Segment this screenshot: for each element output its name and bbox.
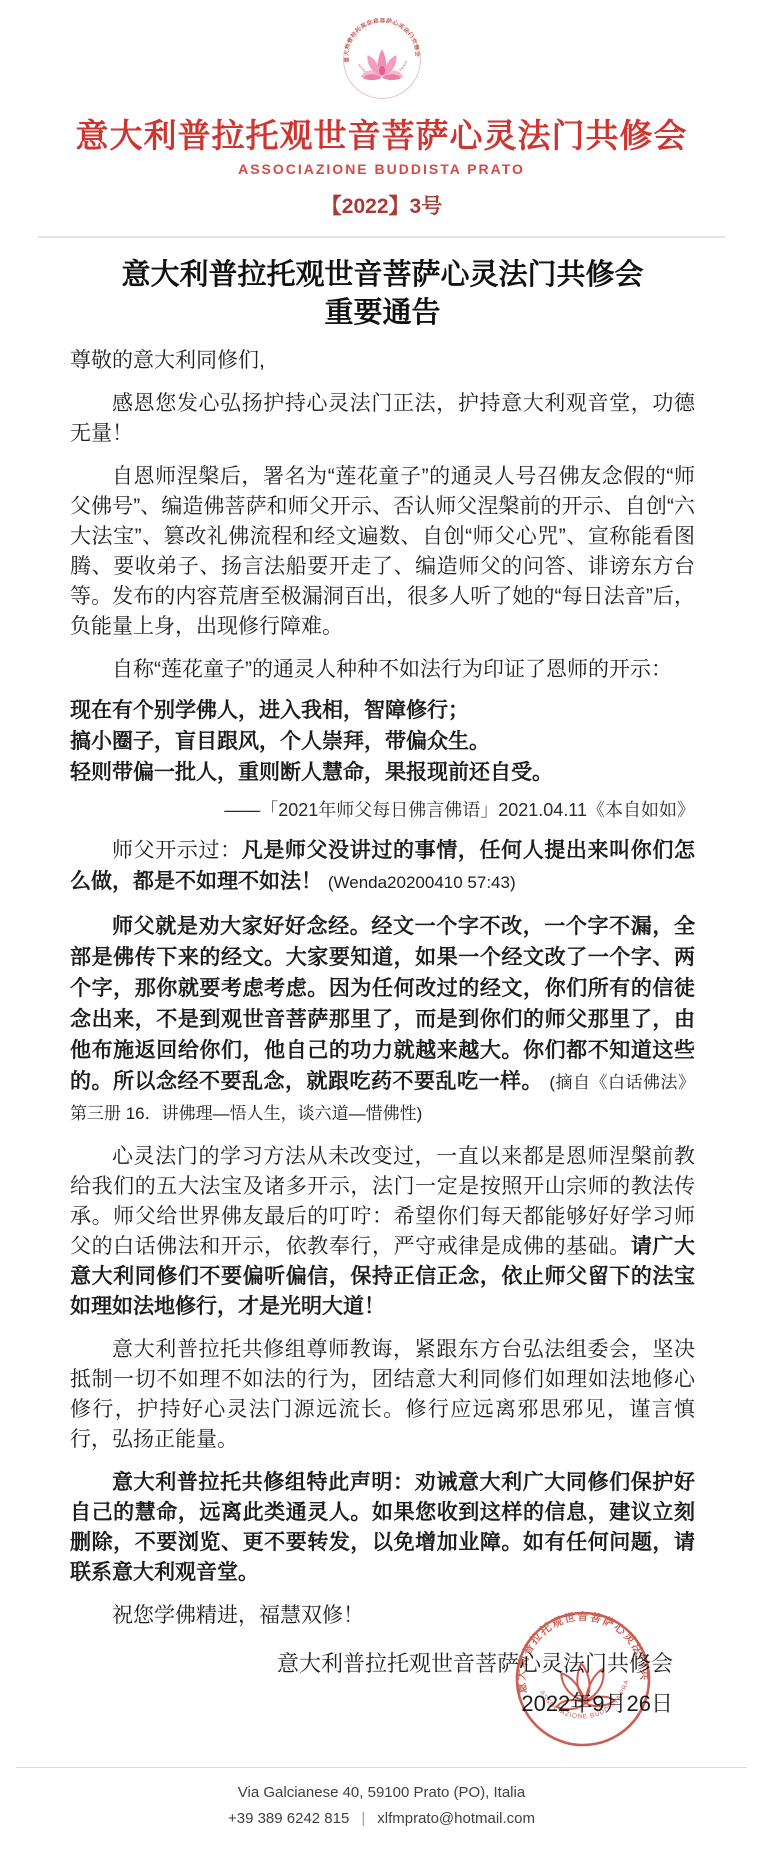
notice-title-line2: 重要通告 [324, 297, 440, 329]
quote-line: 搞小圈子，盲目跟风，个人崇拜，带偏众生。 [70, 726, 695, 757]
notice-title: 意大利普拉托观世音菩萨心灵法门共修会 重要通告 [70, 256, 695, 332]
paragraph-thanks: 感恩您发心弘扬护持心灵法门正法，护持意大利观音堂，功德无量！ [70, 389, 695, 449]
signature-org: 意大利普拉托观世音菩萨心灵法门共修会 [70, 1647, 673, 1681]
recite-bold: 师父就是劝大家好好念经。经文一个字不改，一个字不漏，全部是佛传下来的经文。大家要… [70, 914, 695, 1093]
salutation: 尊敬的意大利同修们, [70, 346, 695, 376]
quote-line: 现在有个别学佛人，进入我相，智障修行； [70, 695, 695, 726]
letterhead: 意大利普拉托观世音菩萨心灵法门共修会 ASSOCIAZIONE BUDDISTA… [0, 0, 763, 220]
association-logo: 意大利普拉托观世音菩萨心灵法门共修会 ASSOCIAZIONE BUDDISTA… [0, 18, 763, 102]
footer-separator: | [361, 1810, 365, 1827]
paragraph-teaching: 师父开示过：凡是师父没讲过的事情，任何人提出来叫你们怎么做，都是不如理不如法！ … [70, 835, 695, 898]
contact-footer: Via Galcianese 40, 59100 Prato (PO), Ita… [16, 1767, 747, 1853]
paragraph-recite: 师父就是劝大家好好念经。经文一个字不改，一个字不漏，全部是佛传下来的经文。大家要… [70, 911, 695, 1129]
teaching-reference: (Wenda20200410 57:43) [328, 873, 516, 892]
quote-attribution: ——「2021年师父每日佛言佛语」2021.04.11《本自如如》 [70, 796, 695, 822]
footer-phone: +39 389 6242 815 [228, 1810, 349, 1827]
notice-body: 意大利普拉托观世音菩萨心灵法门共修会 重要通告 尊敬的意大利同修们, 感恩您发心… [0, 238, 763, 1721]
paragraph-background: 自恩师涅槃后，署名为“莲花童子”的通灵人号召佛友念假的“师父佛号”、编造佛菩萨和… [70, 462, 695, 642]
paragraph-method: 心灵法门的学习方法从未改变过，一直以来都是恩师涅槃前教给我们的五大法宝及诸多开示… [70, 1142, 695, 1322]
signature-block: 意大利普拉托观世音菩萨心灵法门共修会 2022年9月26日 意大利普拉托观世音菩… [70, 1647, 695, 1721]
footer-contacts: +39 389 6242 815|xlfmprato@hotmail.com [16, 1810, 747, 1827]
signature-date: 2022年9月26日 [70, 1687, 673, 1721]
paragraph-quote-intro: 自称“莲花童子”的通灵人种种不如法行为印证了恩师的开示： [70, 655, 695, 685]
org-name-chinese: 意大利普拉托观世音菩萨心灵法门共修会 [0, 110, 763, 157]
document-number: 【2022】3号 [0, 190, 763, 220]
quote-line: 轻则带偏一批人，重则断人慧命，果报现前还自受。 [70, 757, 695, 788]
lotus-logo-icon: 意大利普拉托观世音菩萨心灵法门共修会 ASSOCIAZIONE BUDDISTA… [340, 18, 424, 102]
master-quote-block: 现在有个别学佛人，进入我相，智障修行； 搞小圈子，盲目跟风，个人崇拜，带偏众生。… [70, 695, 695, 822]
paragraph-wish: 祝您学佛精进，福慧双修！ [70, 1601, 695, 1631]
notice-title-line1: 意大利普拉托观世音菩萨心灵法门共修会 [121, 259, 643, 291]
footer-address: Via Galcianese 40, 59100 Prato (PO), Ita… [16, 1784, 747, 1801]
paragraph-declaration: 意大利普拉托共修组特此声明：劝诫意大利广大同修们保护好自己的慧命，远离此类通灵人… [70, 1468, 695, 1588]
org-name-italian: ASSOCIAZIONE BUDDISTA PRATO [0, 161, 763, 177]
footer-email: xlfmprato@hotmail.com [377, 1810, 535, 1827]
method-regular: 心灵法门的学习方法从未改变过，一直以来都是恩师涅槃前教给我们的五大法宝及诸多开示… [70, 1145, 695, 1258]
paragraph-stance: 意大利普拉托共修组尊师教诲，紧跟东方台弘法组委会，坚决抵制一切不如理不如法的行为… [70, 1335, 695, 1455]
notice-page: 意大利普拉托观世音菩萨心灵法门共修会 ASSOCIAZIONE BUDDISTA… [0, 0, 763, 1853]
teaching-lead: 师父开示过： [112, 839, 242, 862]
